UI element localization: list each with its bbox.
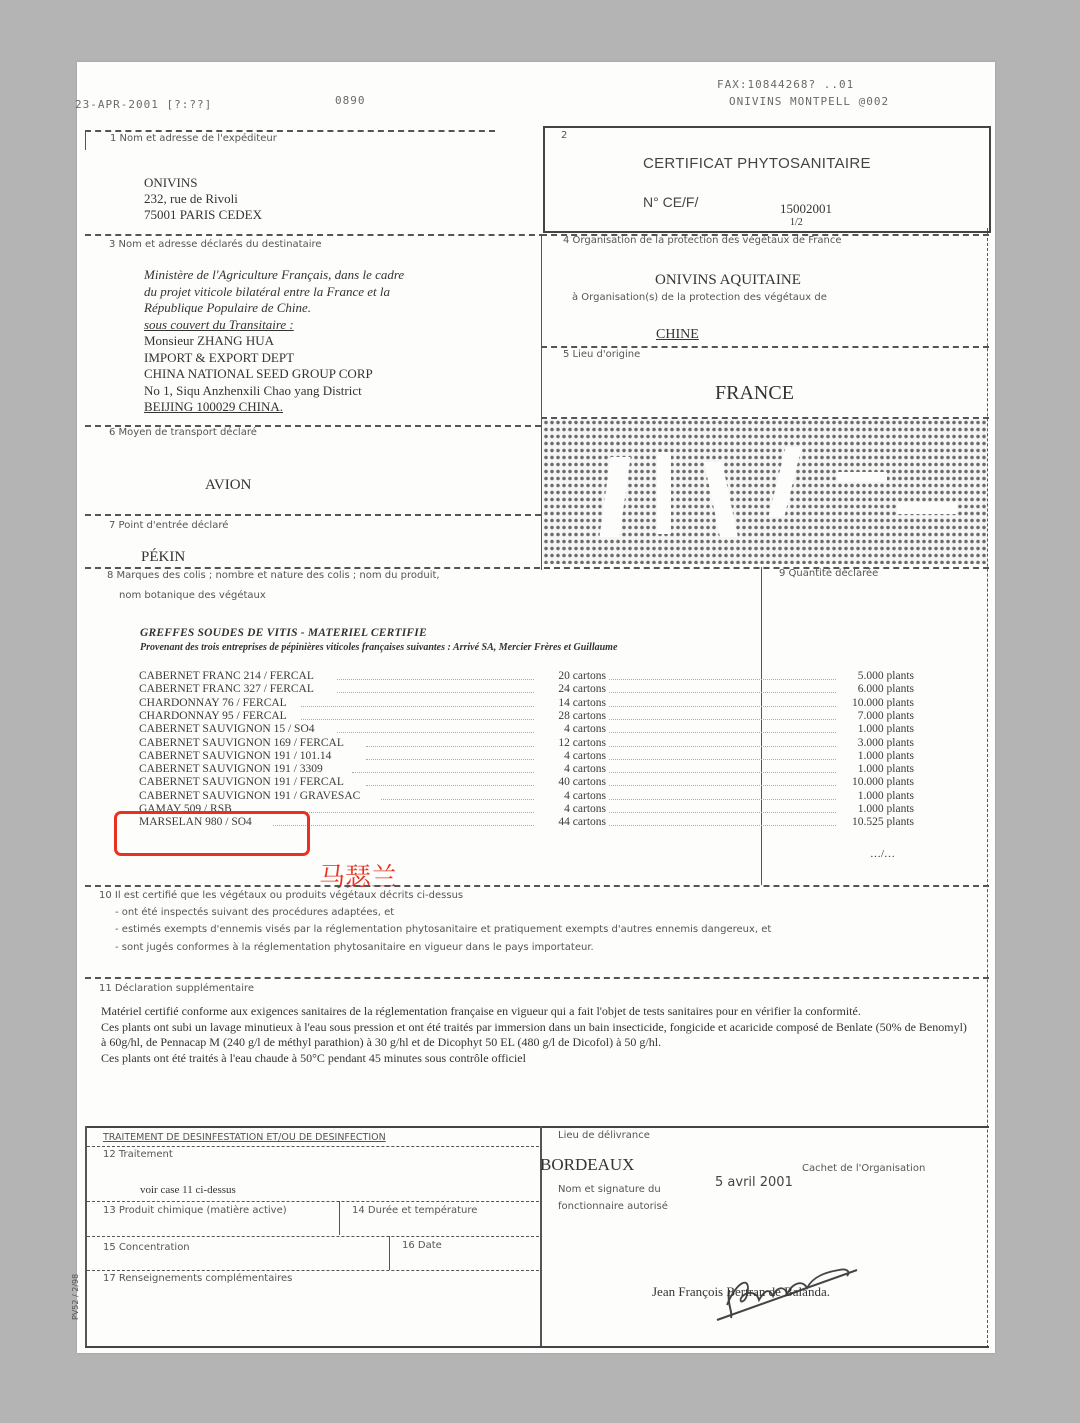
divider xyxy=(85,1346,989,1348)
sender-line: 75001 PARIS CEDEX xyxy=(144,207,262,223)
product-plants: 1.000 plants xyxy=(858,723,914,735)
transport-value: AVION xyxy=(205,477,251,494)
field1-label: 1 Nom et adresse de l'expéditeur xyxy=(110,133,277,144)
product-cartons: 20 cartons xyxy=(558,670,606,682)
leader-dots xyxy=(609,759,836,760)
pattern-gap xyxy=(657,452,671,534)
leader-dots xyxy=(609,732,836,733)
fax-header-right-bottom: ONIVINS MONTPELL @002 xyxy=(729,95,889,108)
product-plants: 5.000 plants xyxy=(858,670,914,682)
leader-dots xyxy=(366,785,534,786)
field17-label: 17 Renseignements complémentaires xyxy=(103,1273,292,1284)
product-plants: 10.000 plants xyxy=(852,776,914,788)
divider xyxy=(85,885,989,887)
leader-dots xyxy=(381,799,534,800)
field2-number: 2 xyxy=(561,130,567,141)
product-plants: 1.000 plants xyxy=(858,750,914,762)
fax-header-left: 23-APR-2001 [?:??] xyxy=(75,98,212,111)
leader-dots xyxy=(609,772,836,773)
declaration-paragraph: Ces plants ont subi un lavage minutieux … xyxy=(101,1020,969,1051)
consignee-line: No 1, Siqu Anzhenxili Chao yang District xyxy=(144,383,404,400)
field12-value: voir case 11 ci-dessus xyxy=(140,1184,236,1196)
product-row: CABERNET SAUVIGNON 15 / SO44 cartons1.00… xyxy=(139,723,914,737)
divider xyxy=(339,1201,340,1235)
leader-dots xyxy=(609,799,836,800)
form-code: PV52 / 2/98 xyxy=(71,1274,80,1320)
certificate-title-box xyxy=(543,126,991,233)
consignee-line: Monsieur ZHANG HUA xyxy=(144,333,404,350)
certificate-page: 23-APR-2001 [?:??] 0890 FAX:10844268? ..… xyxy=(77,62,995,1353)
sender-line: ONIVINS xyxy=(144,175,262,191)
signatory-name: Jean François Bertran de Balanda. xyxy=(652,1284,830,1300)
consignee-line: du projet viticole bilatéral entre la Fr… xyxy=(144,284,404,301)
sender-line: 232, rue de Rivoli xyxy=(144,191,262,207)
product-row: CABERNET SAUVIGNON 191 / 101.144 cartons… xyxy=(139,750,914,764)
leader-dots xyxy=(352,772,534,773)
divider xyxy=(85,977,989,979)
product-cartons: 4 cartons xyxy=(564,723,606,735)
certificate-title: CERTIFICAT PHYTOSANITAIRE xyxy=(643,155,871,172)
product-cartons: 12 cartons xyxy=(558,737,606,749)
product-cartons: 4 cartons xyxy=(564,750,606,762)
product-cartons: 28 cartons xyxy=(558,710,606,722)
declaration-paragraph: Matériel certifié conforme aux exigences… xyxy=(101,1004,969,1020)
field10-item: - sont jugés conformes à la réglementati… xyxy=(115,942,594,953)
consignee-line: IMPORT & EXPORT DEPT xyxy=(144,350,404,367)
field11-label: 11 Déclaration supplémentaire xyxy=(99,983,254,994)
field4-label-to: à Organisation(s) de la protection des v… xyxy=(572,292,827,303)
field7-label: 7 Point d'entrée déclaré xyxy=(109,520,228,531)
product-row: CABERNET SAUVIGNON 191 / FERCAL40 carton… xyxy=(139,776,914,790)
pattern-gap xyxy=(837,472,887,482)
leader-dots xyxy=(301,719,534,720)
consignee-line: BEIJING 100029 CHINA. xyxy=(144,399,404,416)
product-subheading: Provenant des trois entreprises de pépin… xyxy=(140,642,617,653)
divider xyxy=(987,228,988,1348)
field3-label: 3 Nom et adresse déclarés du destinatair… xyxy=(109,239,322,250)
product-cartons: 24 cartons xyxy=(558,683,606,695)
product-name: CABERNET SAUVIGNON 169 / FERCAL xyxy=(139,737,344,749)
leader-dots xyxy=(609,746,836,747)
pattern-gap xyxy=(897,502,957,514)
divider xyxy=(87,1201,539,1202)
product-cartons: 44 cartons xyxy=(558,816,606,828)
place-label: Lieu de délivrance xyxy=(558,1130,650,1141)
issue-date: 5 avril 2001 xyxy=(715,1175,793,1190)
leader-dots xyxy=(366,746,534,747)
leader-dots xyxy=(273,825,534,826)
product-plants: 1.000 plants xyxy=(858,790,914,802)
entry-point-value: PÉKIN xyxy=(141,549,185,566)
product-row: CABERNET SAUVIGNON 169 / FERCAL12 carton… xyxy=(139,737,914,751)
divider xyxy=(87,1146,539,1147)
field9-label: 9 Quantité déclarée xyxy=(779,568,878,579)
consignee-address: Ministère de l'Agriculture Français, dan… xyxy=(144,267,404,416)
product-name: CABERNET SAUVIGNON 191 / 3309 xyxy=(139,763,323,775)
leader-dots xyxy=(609,679,836,680)
product-row: CHARDONNAY 76 / FERCAL14 cartons10.000 p… xyxy=(139,697,914,711)
leader-dots xyxy=(609,825,836,826)
origin-value: FRANCE xyxy=(715,382,794,405)
product-name: CABERNET FRANC 214 / FERCAL xyxy=(139,670,314,682)
field14-label: 14 Durée et température xyxy=(352,1205,477,1216)
product-name: CABERNET FRANC 327 / FERCAL xyxy=(139,683,314,695)
sender-address: ONIVINS 232, rue de Rivoli 75001 PARIS C… xyxy=(144,175,262,223)
leader-dots xyxy=(301,706,534,707)
cert-page: 1/2 xyxy=(790,217,803,228)
additional-declaration: Matériel certifié conforme aux exigences… xyxy=(101,1004,969,1066)
divider xyxy=(85,130,86,150)
product-row: CABERNET FRANC 214 / FERCAL20 cartons5.0… xyxy=(139,670,914,684)
product-cartons: 4 cartons xyxy=(564,803,606,815)
product-plants: 1.000 plants xyxy=(858,803,914,815)
divider xyxy=(541,234,542,570)
treatment-heading: TRAITEMENT DE DESINFESTATION ET/OU DE DE… xyxy=(103,1132,386,1143)
divider xyxy=(87,1270,539,1271)
product-cartons: 4 cartons xyxy=(564,763,606,775)
field16-label: 16 Date xyxy=(402,1240,442,1251)
stamp-label: Cachet de l'Organisation xyxy=(802,1163,925,1174)
product-plants: 10.000 plants xyxy=(852,697,914,709)
leader-dots xyxy=(609,785,836,786)
place-value: BORDEAUX xyxy=(540,1155,634,1175)
consignee-line: sous couvert du Transitaire : xyxy=(144,317,404,334)
fax-header-right-top: FAX:10844268? ..01 xyxy=(717,78,854,91)
field10-label: 10 Il est certifié que les végétaux ou p… xyxy=(99,890,463,901)
continued-mark: …/… xyxy=(870,848,895,860)
field6-label: 6 Moyen de transport déclaré xyxy=(109,427,257,438)
divider xyxy=(541,346,989,348)
declaration-paragraph: Ces plants ont été traités à l'eau chaud… xyxy=(101,1051,969,1067)
product-name: CABERNET SAUVIGNON 191 / 101.14 xyxy=(139,750,331,762)
field4-label: 4 Organisation de la protection des végé… xyxy=(563,235,842,246)
divider xyxy=(85,514,541,516)
field12-label: 12 Traitement xyxy=(103,1149,173,1160)
divider xyxy=(87,1236,539,1237)
highlight-box xyxy=(114,811,310,856)
product-row: CABERNET FRANC 327 / FERCAL24 cartons6.0… xyxy=(139,683,914,697)
leader-dots xyxy=(609,692,836,693)
product-row: CABERNET SAUVIGNON 191 / GRAVESAC4 carto… xyxy=(139,790,914,804)
divider xyxy=(389,1236,390,1270)
fax-header-middle: 0890 xyxy=(335,94,366,107)
leader-dots xyxy=(609,706,836,707)
product-plants: 1.000 plants xyxy=(858,763,914,775)
protection-org: ONIVINS AQUITAINE xyxy=(655,272,801,289)
cert-number: 15002001 xyxy=(780,201,832,217)
cert-number-prefix: N° CE/F/ xyxy=(643,194,698,210)
product-row: CHARDONNAY 95 / FERCAL28 cartons7.000 pl… xyxy=(139,710,914,724)
consignee-line: CHINA NATIONAL SEED GROUP CORP xyxy=(144,366,404,383)
leader-dots xyxy=(337,679,534,680)
product-name: CABERNET SAUVIGNON 191 / GRAVESAC xyxy=(139,790,360,802)
signatory-label-line2: fonctionnaire autorisé xyxy=(558,1201,668,1212)
divider xyxy=(85,130,495,132)
field8-label-line2: nom botanique des végétaux xyxy=(119,590,266,601)
product-name: CABERNET SAUVIGNON 15 / SO4 xyxy=(139,723,315,735)
field15-label: 15 Concentration xyxy=(103,1242,190,1253)
product-plants: 3.000 plants xyxy=(858,737,914,749)
product-heading: GREFFES SOUDES DE VITIS - MATERIEL CERTI… xyxy=(140,627,427,639)
leader-dots xyxy=(366,759,534,760)
product-row: CABERNET SAUVIGNON 191 / 33094 cartons1.… xyxy=(139,763,914,777)
product-plants: 6.000 plants xyxy=(858,683,914,695)
field8-label: 8 Marques des colis ; nombre et nature d… xyxy=(107,570,440,581)
field10-item: - estimés exempts d'ennemis visés par la… xyxy=(115,924,771,935)
leader-dots xyxy=(609,719,836,720)
consignee-line: Ministère de l'Agriculture Français, dan… xyxy=(144,267,404,284)
leader-dots xyxy=(609,812,836,813)
divider xyxy=(85,234,545,236)
product-name: CHARDONNAY 76 / FERCAL xyxy=(139,697,287,709)
consignee-line: République Populaire de Chine. xyxy=(144,300,404,317)
product-cartons: 4 cartons xyxy=(564,790,606,802)
leader-dots xyxy=(337,692,534,693)
signatory-label: Nom et signature du xyxy=(558,1184,661,1195)
destination-country: CHINE xyxy=(656,327,699,343)
product-plants: 10.525 plants xyxy=(852,816,914,828)
field13-label: 13 Produit chimique (matière active) xyxy=(103,1205,287,1216)
divider xyxy=(85,1126,989,1128)
field5-label: 5 Lieu d'origine xyxy=(563,349,640,360)
annotation-label: 马瑟兰 xyxy=(319,857,397,894)
product-plants: 7.000 plants xyxy=(858,710,914,722)
product-name: CABERNET SAUVIGNON 191 / FERCAL xyxy=(139,776,344,788)
product-name: CHARDONNAY 95 / FERCAL xyxy=(139,710,287,722)
product-cartons: 14 cartons xyxy=(558,697,606,709)
leader-dots xyxy=(337,732,534,733)
field10-item: - ont été inspectés suivant des procédur… xyxy=(115,907,394,918)
product-cartons: 40 cartons xyxy=(558,776,606,788)
divider xyxy=(85,1126,87,1348)
